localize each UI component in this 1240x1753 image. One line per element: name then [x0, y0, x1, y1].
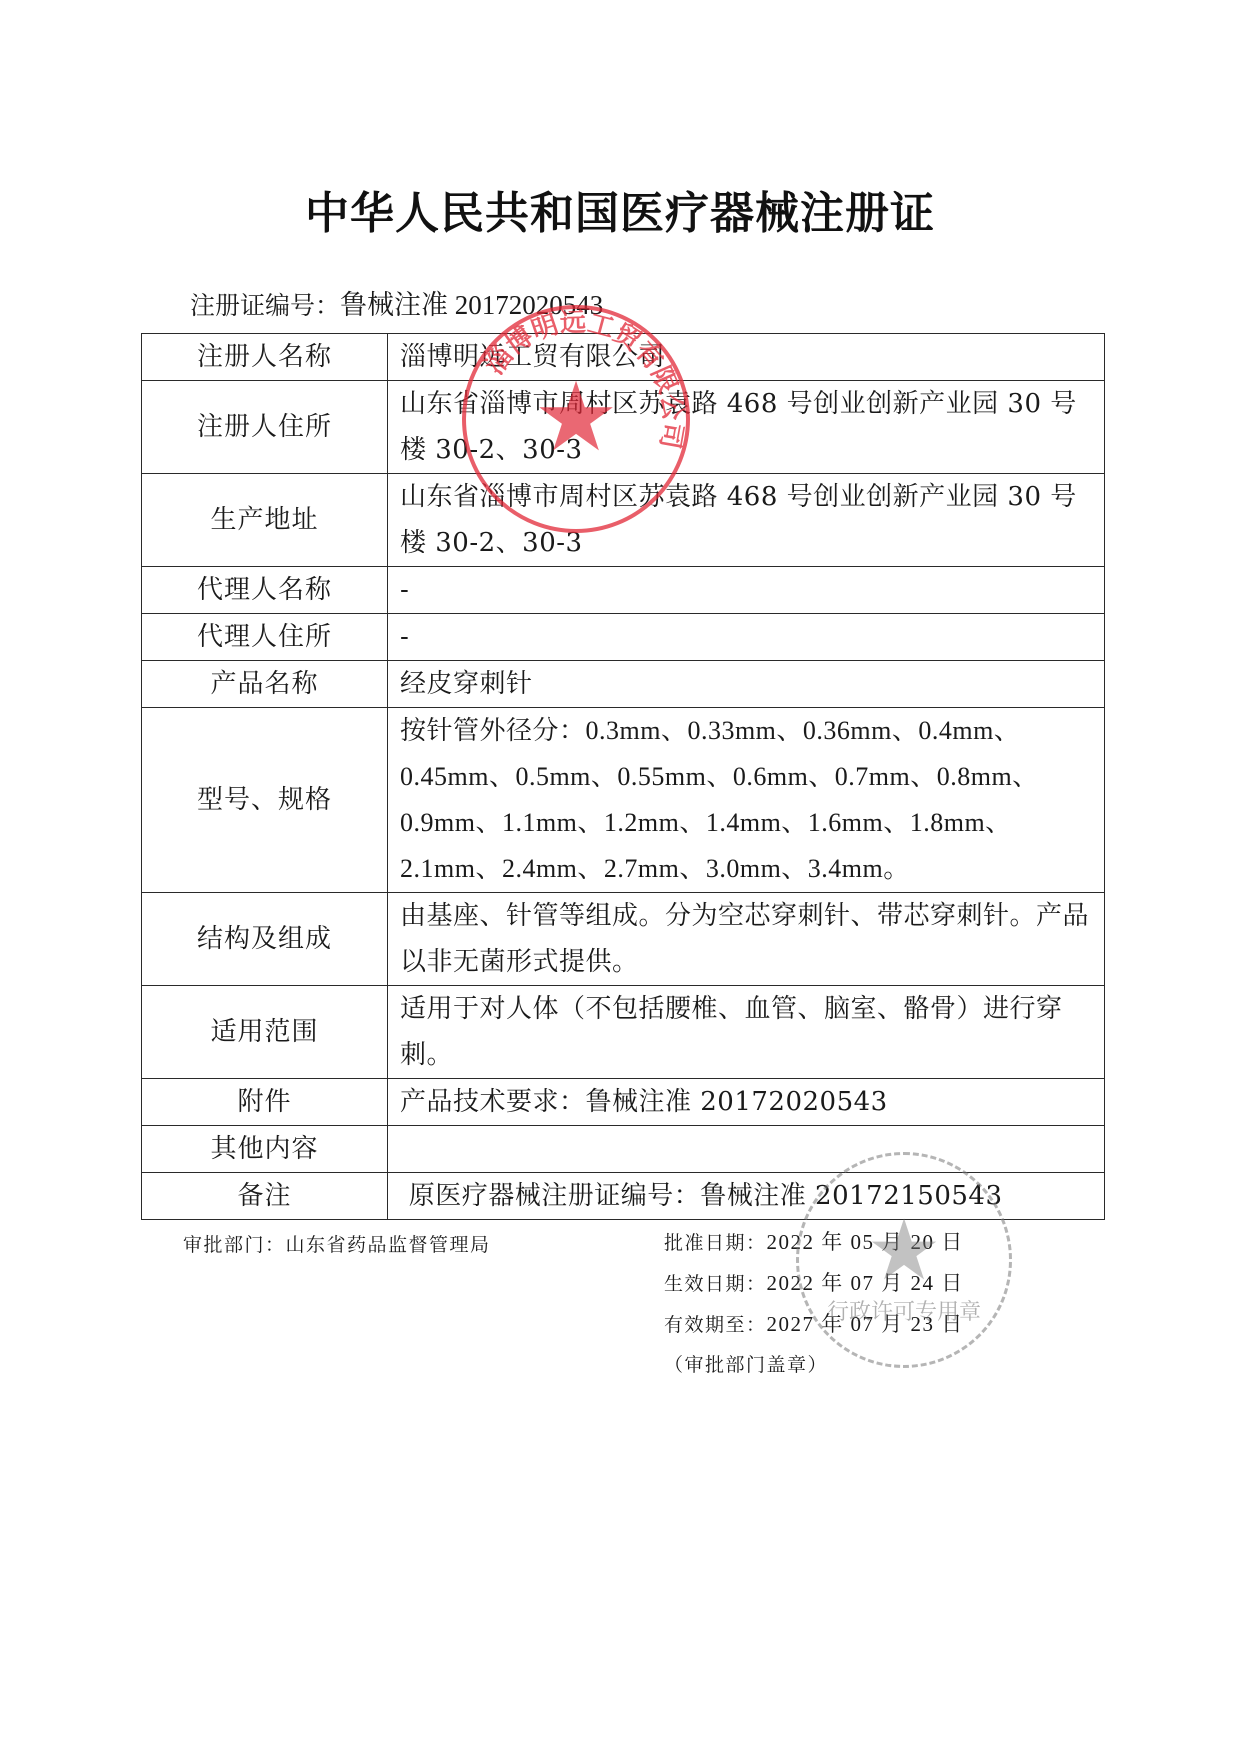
approval-department: 审批部门：山东省药品监督管理局 — [183, 1230, 491, 1257]
effective-date: 生效日期：2022 年 07 月 24 日 — [664, 1269, 964, 1310]
row-label-production-address: 生产地址 — [142, 474, 388, 567]
row-value-model-spec: 按针管外径分：0.3mm、0.33mm、0.36mm、0.4mm、0.45mm、… — [388, 708, 1105, 893]
table-row: 其他内容 — [142, 1126, 1105, 1173]
row-value-agent-address: - — [388, 614, 1105, 661]
row-value-other — [388, 1126, 1105, 1173]
table-row: 代理人名称 - — [142, 567, 1105, 614]
approval-date-label: 批准日期： — [664, 1232, 767, 1254]
row-label-agent-name: 代理人名称 — [142, 567, 388, 614]
approval-date-value: 2022 年 05 月 20 日 — [767, 1230, 964, 1254]
registration-number-label: 注册证编号： — [190, 291, 340, 320]
row-label-product-name: 产品名称 — [142, 661, 388, 708]
table-row: 备注 原医疗器械注册证编号：鲁械注准 20172150543 — [142, 1173, 1105, 1220]
row-label-other: 其他内容 — [142, 1126, 388, 1173]
table-row: 产品名称 经皮穿刺针 — [142, 661, 1105, 708]
row-value-production-address: 山东省淄博市周村区苏袁路 468 号创业创新产业园 30 号楼 30-2、30-… — [388, 474, 1105, 567]
valid-until-label: 有效期至： — [664, 1314, 767, 1336]
effective-date-value: 2022 年 07 月 24 日 — [767, 1271, 964, 1295]
table-row: 生产地址 山东省淄博市周村区苏袁路 468 号创业创新产业园 30 号楼 30-… — [142, 474, 1105, 567]
table-row: 结构及组成 由基座、针管等组成。分为空芯穿刺针、带芯穿刺针。产品以非无菌形式提供… — [142, 893, 1105, 986]
registration-number: 注册证编号：鲁械注准 20172020543 — [190, 283, 603, 322]
row-label-registrant-address: 注册人住所 — [142, 381, 388, 474]
table-row: 注册人住所 山东省淄博市周村区苏袁路 468 号创业创新产业园 30 号楼 30… — [142, 381, 1105, 474]
row-label-remarks: 备注 — [142, 1173, 388, 1220]
approval-department-label: 审批部门： — [183, 1234, 286, 1256]
row-value-remarks: 原医疗器械注册证编号：鲁械注准 20172150543 — [388, 1173, 1105, 1220]
row-value-registrant-address: 山东省淄博市周村区苏袁路 468 号创业创新产业园 30 号楼 30-2、30-… — [388, 381, 1105, 474]
approval-date: 批准日期：2022 年 05 月 20 日 — [664, 1228, 964, 1269]
effective-date-label: 生效日期： — [664, 1273, 767, 1295]
row-label-attachment: 附件 — [142, 1079, 388, 1126]
row-value-registrant-name: 淄博明远工贸有限公司 — [388, 334, 1105, 381]
row-value-attachment: 产品技术要求：鲁械注准 20172020543 — [388, 1079, 1105, 1126]
certificate-table: 注册人名称 淄博明远工贸有限公司 注册人住所 山东省淄博市周村区苏袁路 468 … — [141, 333, 1105, 1220]
row-label-scope: 适用范围 — [142, 986, 388, 1079]
row-label-model-spec: 型号、规格 — [142, 708, 388, 893]
row-label-agent-address: 代理人住所 — [142, 614, 388, 661]
row-value-agent-name: - — [388, 567, 1105, 614]
row-value-structure: 由基座、针管等组成。分为空芯穿刺针、带芯穿刺针。产品以非无菌形式提供。 — [388, 893, 1105, 986]
table-row: 附件 产品技术要求：鲁械注准 20172020543 — [142, 1079, 1105, 1126]
row-value-product-name: 经皮穿刺针 — [388, 661, 1105, 708]
table-row: 适用范围 适用于对人体（不包括腰椎、血管、脑室、骼骨）进行穿刺。 — [142, 986, 1105, 1079]
dates-block: 批准日期：2022 年 05 月 20 日 生效日期：2022 年 07 月 2… — [664, 1228, 964, 1392]
row-value-scope: 适用于对人体（不包括腰椎、血管、脑室、骼骨）进行穿刺。 — [388, 986, 1105, 1079]
valid-until-value: 2027 年 07 月 23 日 — [767, 1312, 964, 1336]
row-label-structure: 结构及组成 — [142, 893, 388, 986]
table-row: 型号、规格 按针管外径分：0.3mm、0.33mm、0.36mm、0.4mm、0… — [142, 708, 1105, 893]
row-label-registrant-name: 注册人名称 — [142, 334, 388, 381]
registration-number-value: 鲁械注准 20172020543 — [340, 290, 603, 320]
table-row: 代理人住所 - — [142, 614, 1105, 661]
page-title: 中华人民共和国医疗器械注册证 — [0, 177, 1240, 241]
table-row: 注册人名称 淄博明远工贸有限公司 — [142, 334, 1105, 381]
valid-until: 有效期至：2027 年 07 月 23 日 — [664, 1310, 964, 1351]
seal-note: （审批部门盖章） — [664, 1351, 964, 1392]
approval-department-value: 山东省药品监督管理局 — [286, 1234, 491, 1256]
